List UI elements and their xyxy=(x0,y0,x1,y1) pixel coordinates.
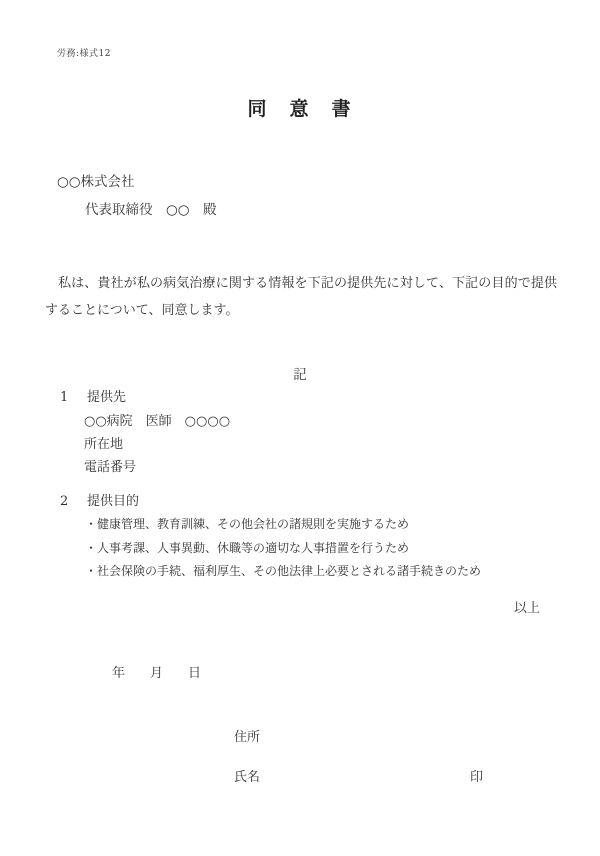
consent-statement: 私は、貴社が私の病気治療に関する情報を下記の提供先に対して、下記の目的で提供する… xyxy=(45,270,557,324)
name-label: 氏名 xyxy=(234,766,260,785)
day-label: 日 xyxy=(188,666,201,681)
section-2-title: 提供目的 xyxy=(87,494,139,509)
addressee-company: ○○株式会社 xyxy=(57,170,135,190)
document-title: 同 意 書 xyxy=(0,94,600,121)
form-number-label: 労務:様式12 xyxy=(57,46,111,59)
consent-form-page: 労務:様式12 同 意 書 ○○株式会社 代表取締役 ○○ 殿 私は、貴社が私の… xyxy=(0,0,600,856)
section-1-number: 1 xyxy=(60,390,87,405)
seal-label: 印 xyxy=(470,766,483,785)
purpose-item-1: ・健康管理、教育訓練、その他会社の諸規則を実施するため xyxy=(85,515,409,532)
month-label: 月 xyxy=(150,666,163,681)
addressee-representative: 代表取締役 ○○ 殿 xyxy=(85,198,217,218)
purpose-item-2: ・人事考課、人事異動、休職等の適切な人事措置を行うため xyxy=(85,539,409,556)
date-line: 年月日 xyxy=(112,662,201,681)
address-label: 住所 xyxy=(234,726,260,745)
record-marker: 記 xyxy=(0,363,600,383)
purpose-item-3: ・社会保険の手続、福利厚生、その他法律上必要とされる諸手続きのため xyxy=(85,562,481,579)
closing-marker: 以上 xyxy=(514,597,540,616)
section-1-heading: 1提供先 xyxy=(60,386,126,405)
section-2-number: 2 xyxy=(60,494,87,509)
provider-name-line: ○○病院 医師 ○○○○ xyxy=(84,410,230,429)
year-label: 年 xyxy=(112,666,125,681)
provider-phone-line: 電話番号 xyxy=(84,456,136,475)
section-2-heading: 2提供目的 xyxy=(60,490,139,509)
section-1-title: 提供先 xyxy=(87,390,126,405)
provider-address-line: 所在地 xyxy=(84,433,123,452)
